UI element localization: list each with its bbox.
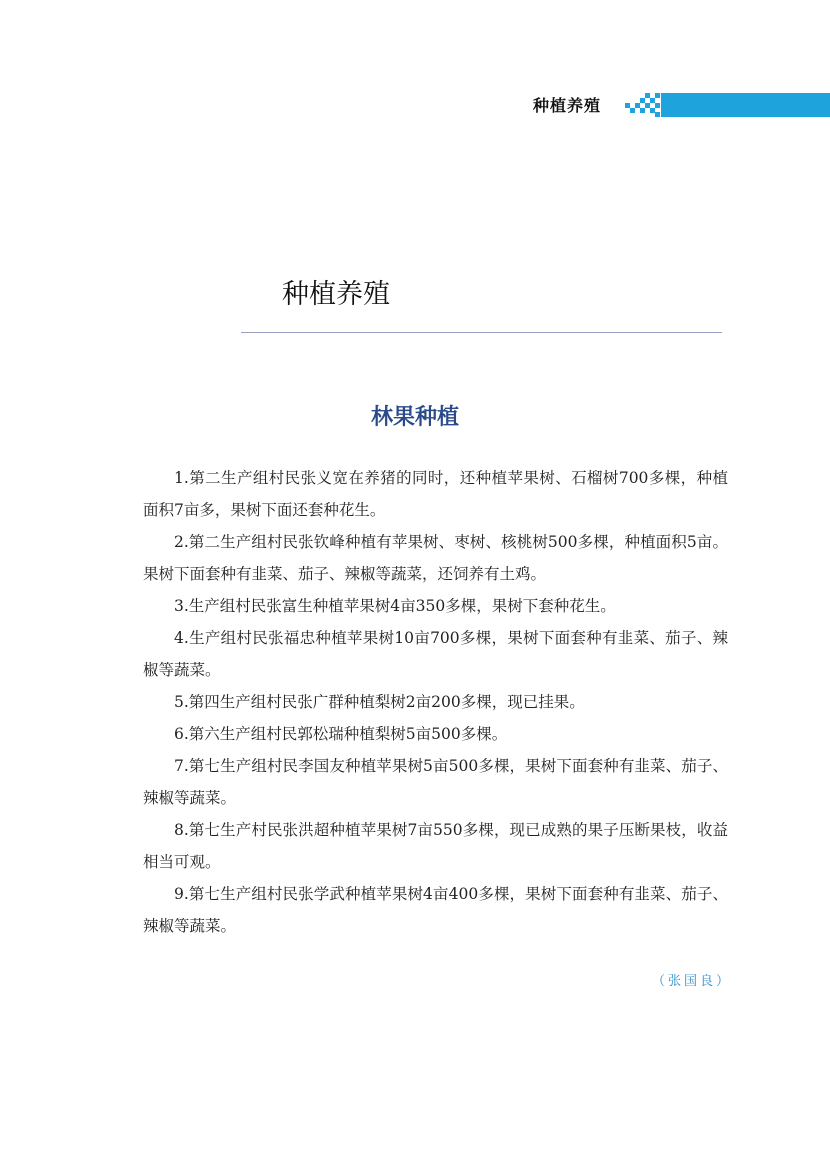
chapter-divider: [241, 332, 722, 333]
paragraph: 8.第七生产村民张洪超种植苹果树7亩550多棵，现已成熟的果子压断果枝，收益相当…: [143, 814, 728, 878]
paragraph: 6.第六生产组村民郭松瑞种植梨树5亩500多棵。: [143, 718, 728, 750]
paragraph: 5.第四生产组村民张广群种植梨树2亩200多棵，现已挂果。: [143, 686, 728, 718]
paragraph: 7.第七生产组村民李国友种植苹果树5亩500多棵，果树下面套种有韭菜、茄子、辣椒…: [143, 750, 728, 814]
running-header: 种植养殖: [533, 93, 601, 116]
article-body: 1.第二生产组村民张义宽在养猪的同时，还种植苹果树、石榴树700多棵，种植面积7…: [143, 462, 728, 942]
paragraph: 3.生产组村民张富生种植苹果树4亩350多棵，果树下套种花生。: [143, 590, 728, 622]
chapter-title: 种植养殖: [282, 272, 390, 311]
paragraph: 9.第七生产组村民张学武种植苹果树4亩400多棵，果树下面套种有韭菜、茄子、辣椒…: [143, 878, 728, 942]
header-decorative-band: [625, 93, 830, 117]
paragraph: 2.第二生产组村民张钦峰种植有苹果树、枣树、核桃树500多棵，种植面积5亩。果树…: [143, 526, 728, 590]
checker-pattern-icon: [625, 93, 661, 117]
paragraph: 4.生产组村民张福忠种植苹果树10亩700多棵，果树下面套种有韭菜、茄子、辣椒等…: [143, 622, 728, 686]
header-blue-bar: [661, 93, 830, 117]
running-header-title: 种植养殖: [533, 93, 601, 116]
section-title: 林果种植: [0, 400, 830, 431]
paragraph: 1.第二生产组村民张义宽在养猪的同时，还种植苹果树、石榴树700多棵，种植面积7…: [143, 462, 728, 526]
author-credit: （张国良）: [652, 970, 732, 989]
